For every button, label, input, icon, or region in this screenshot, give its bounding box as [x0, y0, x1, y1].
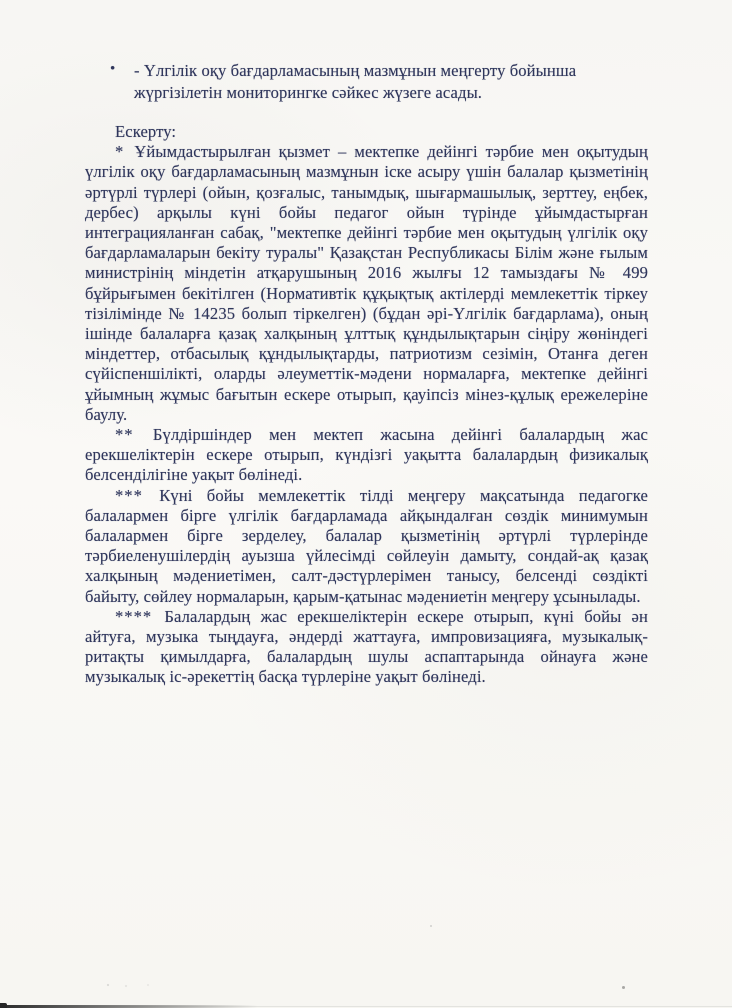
bullet-item-text: - Үлгілік оқу бағдарламасының мазмұнын м…: [134, 61, 576, 102]
footnote-text: Күні бойы мемлекеттік тілді меңгеру мақс…: [85, 486, 648, 606]
footnote-marker: ****: [115, 607, 154, 626]
document-page: •- Үлгілік оқу бағдарламасының мазмұнын …: [0, 0, 732, 1008]
footnote-marker: ***: [115, 486, 145, 505]
note-heading: Ескерту:: [85, 122, 648, 142]
footnote-text: Бүлдіршіндер мен мектеп жасына дейінгі б…: [85, 425, 648, 484]
footnote-marker: **: [115, 425, 136, 444]
footnote-paragraph: ** Бүлдіршіндер мен мектеп жасына дейінг…: [85, 425, 648, 486]
scan-corner-artifact: [0, 1003, 7, 1008]
notes-section: Ескерту: * Ұйымдастырылған қызмет – мект…: [85, 122, 648, 688]
bullet-list: •- Үлгілік оқу бағдарламасының мазмұнын …: [110, 60, 605, 103]
footnote-marker: *: [115, 142, 126, 161]
footnote-paragraph: **** Балалардың жас ерекшеліктерін ескер…: [85, 607, 648, 688]
scan-speck: [430, 925, 432, 927]
bullet-icon: •: [110, 59, 115, 81]
footnote-paragraph: * Ұйымдастырылған қызмет – мектепке дейі…: [85, 142, 648, 425]
footnote-paragraph: *** Күні бойы мемлекеттік тілді меңгеру …: [85, 486, 648, 607]
list-item: •- Үлгілік оқу бағдарламасының мазмұнын …: [110, 60, 605, 103]
pencil-smudge-artifact: [100, 982, 170, 989]
footnote-text: Балалардың жас ерекшеліктерін ескере оты…: [85, 607, 648, 687]
scan-speck: [622, 986, 625, 989]
footnote-text: Ұйымдастырылған қызмет – мектепке дейінг…: [85, 142, 648, 424]
